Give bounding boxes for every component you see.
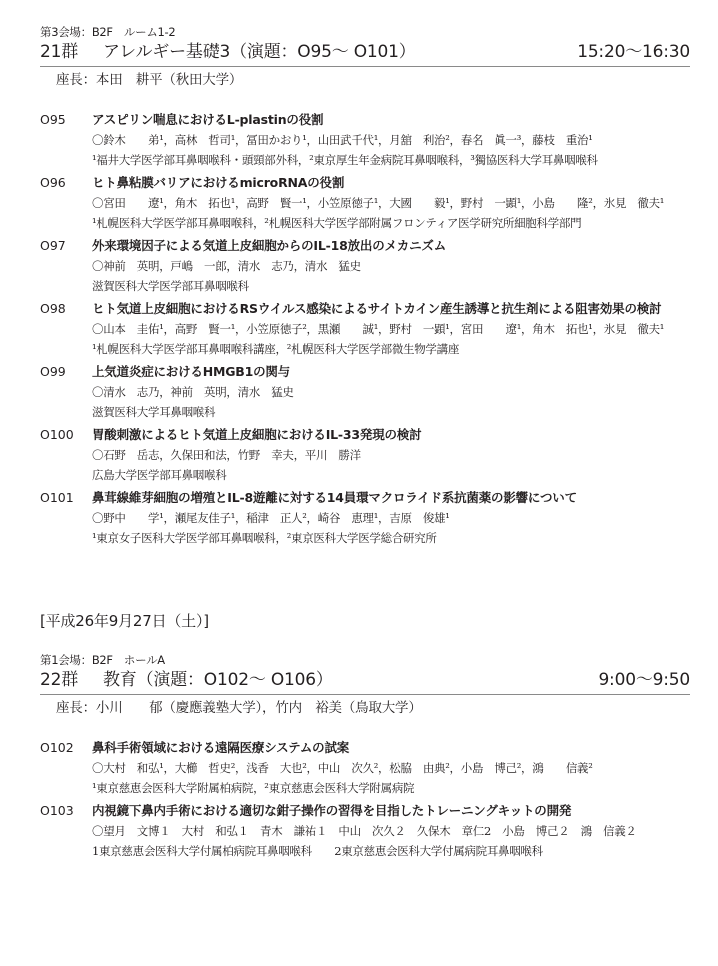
- talk-title: 上気道炎症におけるHMGB1の関与: [92, 362, 690, 382]
- talk-authors: 〇石野 岳志，久保田和法，竹野 幸夫，平川 勝洋: [92, 445, 690, 465]
- talk-affiliations: 1東京慈恵会医科大学付属柏病院耳鼻咽喉科 2東京慈恵会医科大学付属病院耳鼻咽喉科: [92, 841, 690, 861]
- talk-list: O102 鼻科手術領域における遠隔医療システムの試案 〇大村 和弘¹，大櫛 哲史…: [40, 738, 690, 861]
- talk-id: O99: [40, 362, 92, 422]
- talk-title: 内視鏡下鼻内手術における適切な鉗子操作の習得を目指したトレーニングキットの開発: [92, 801, 690, 821]
- venue-label: 第1会場：B2F ホールA: [40, 652, 690, 668]
- date-heading: [平成26年9月27日（土）]: [40, 610, 690, 632]
- venue-label: 第3会場：B2F ルーム1-2: [40, 24, 690, 40]
- talk-affiliations: ¹東京慈恵会医科大学附属柏病院，²東京慈恵会医科大学附属病院: [92, 778, 690, 798]
- session-group: 22群: [40, 668, 103, 692]
- talk-item: O95 アスピリン喘息におけるL-plastinの役割 〇鈴木 弟¹，高林 哲司…: [40, 110, 690, 170]
- talk-item: O97 外来環境因子による気道上皮細胞からのIL-18放出のメカニズム 〇神前 …: [40, 236, 690, 296]
- program-page: 第3会場：B2F ルーム1-2 21群 アレルギー基礎3（演題：O95～ O10…: [40, 24, 690, 864]
- session-title: 教育（演題：O102～ O106）: [103, 668, 333, 692]
- talk-id: O100: [40, 425, 92, 485]
- talk-id: O96: [40, 173, 92, 233]
- talk-title: 胃酸刺激によるヒト気道上皮細胞におけるIL-33発現の検討: [92, 425, 690, 445]
- talk-title: 鼻茸線維芽細胞の増殖とIL-8遊離に対する14員環マクロライド系抗菌薬の影響につ…: [92, 488, 690, 508]
- talk-item: O100 胃酸刺激によるヒト気道上皮細胞におけるIL-33発現の検討 〇石野 岳…: [40, 425, 690, 485]
- talk-affiliations: ¹東京女子医科大学医学部耳鼻咽喉科，²東京医科大学医学総合研究所: [92, 528, 690, 548]
- talk-item: O101 鼻茸線維芽細胞の増殖とIL-8遊離に対する14員環マクロライド系抗菌薬…: [40, 488, 690, 548]
- talk-authors: 〇神前 英明，戸嶋 一郎，清水 志乃，清水 猛史: [92, 256, 690, 276]
- talk-authors: 〇望月 文博１ 大村 和弘１ 青木 謙祐１ 中山 次久２ 久保木 章仁2 小島 …: [92, 821, 690, 841]
- session-time: 15:20～16:30: [577, 40, 690, 64]
- talk-id: O97: [40, 236, 92, 296]
- talk-item: O102 鼻科手術領域における遠隔医療システムの試案 〇大村 和弘¹，大櫛 哲史…: [40, 738, 690, 798]
- session-header: 21群 アレルギー基礎3（演題：O95～ O101） 15:20～16:30: [40, 40, 690, 67]
- talk-authors: 〇宮田 遼¹，角木 拓也¹，高野 賢一¹，小笠原徳子¹，大國 毅¹，野村 一顕¹…: [92, 193, 690, 213]
- session-22: 第1会場：B2F ホールA 22群 教育（演題：O102～ O106） 9:00…: [40, 652, 690, 861]
- talk-item: O98 ヒト気道上皮細胞におけるRSウイルス感染によるサイトカイン産生誘導と抗生…: [40, 299, 690, 359]
- talk-id: O101: [40, 488, 92, 548]
- talk-id: O98: [40, 299, 92, 359]
- talk-id: O95: [40, 110, 92, 170]
- session-header: 22群 教育（演題：O102～ O106） 9:00～9:50: [40, 668, 690, 695]
- talk-id: O103: [40, 801, 92, 861]
- talk-authors: 〇大村 和弘¹，大櫛 哲史²，浅香 大也²，中山 次久²，松脇 由典²，小島 博…: [92, 758, 690, 778]
- talk-authors: 〇山本 圭佑¹，高野 賢一¹，小笠原徳子²，黒瀬 誠¹，野村 一顕¹，宮田 遼¹…: [92, 319, 690, 339]
- session-title: アレルギー基礎3（演題：O95～ O101）: [103, 40, 416, 64]
- talk-item: O96 ヒト鼻粘膜バリアにおけるmicroRNAの役割 〇宮田 遼¹，角木 拓也…: [40, 173, 690, 233]
- talk-affiliations: 滋賀医科大学医学部耳鼻咽喉科: [92, 276, 690, 296]
- talk-title: ヒト気道上皮細胞におけるRSウイルス感染によるサイトカイン産生誘導と抗生剤による…: [92, 299, 690, 319]
- talk-item: O103 内視鏡下鼻内手術における適切な鉗子操作の習得を目指したトレーニングキッ…: [40, 801, 690, 861]
- talk-id: O102: [40, 738, 92, 798]
- session-group: 21群: [40, 40, 103, 64]
- talk-title: ヒト鼻粘膜バリアにおけるmicroRNAの役割: [92, 173, 690, 193]
- session-21: 第3会場：B2F ルーム1-2 21群 アレルギー基礎3（演題：O95～ O10…: [40, 24, 690, 548]
- talk-title: 鼻科手術領域における遠隔医療システムの試案: [92, 738, 690, 758]
- talk-affiliations: 滋賀医科大学耳鼻咽喉科: [92, 402, 690, 422]
- talk-title: アスピリン喘息におけるL-plastinの役割: [92, 110, 690, 130]
- talk-affiliations: ¹札幌医科大学医学部耳鼻咽喉科講座，²札幌医科大学医学部微生物学講座: [92, 339, 690, 359]
- talk-affiliations: ¹札幌医科大学医学部耳鼻咽喉科，²札幌医科大学医学部附属フロンティア医学研究所細…: [92, 213, 690, 233]
- session-time: 9:00～9:50: [598, 668, 690, 692]
- talk-title: 外来環境因子による気道上皮細胞からのIL-18放出のメカニズム: [92, 236, 690, 256]
- talk-list: O95 アスピリン喘息におけるL-plastinの役割 〇鈴木 弟¹，高林 哲司…: [40, 110, 690, 548]
- talk-authors: 〇野中 学¹，瀬尾友佳子¹，稲津 正人²，崎谷 恵理¹，吉原 俊雄¹: [92, 508, 690, 528]
- talk-authors: 〇鈴木 弟¹，高林 哲司¹，冨田かおり¹，山田武千代¹，月舘 利治²，春名 眞一…: [92, 130, 690, 150]
- talk-affiliations: 広島大学医学部耳鼻咽喉科: [92, 465, 690, 485]
- talk-affiliations: ¹福井大学医学部耳鼻咽喉科・頭頸部外科，²東京厚生年金病院耳鼻咽喉科，³獨協医科…: [92, 150, 690, 170]
- session-chair: 座長：本田 耕平（秋田大学）: [40, 68, 690, 92]
- talk-item: O99 上気道炎症におけるHMGB1の関与 〇清水 志乃，神前 英明，清水 猛史…: [40, 362, 690, 422]
- talk-authors: 〇清水 志乃，神前 英明，清水 猛史: [92, 382, 690, 402]
- session-chair: 座長：小川 郁（慶應義塾大学），竹内 裕美（鳥取大学）: [40, 696, 690, 720]
